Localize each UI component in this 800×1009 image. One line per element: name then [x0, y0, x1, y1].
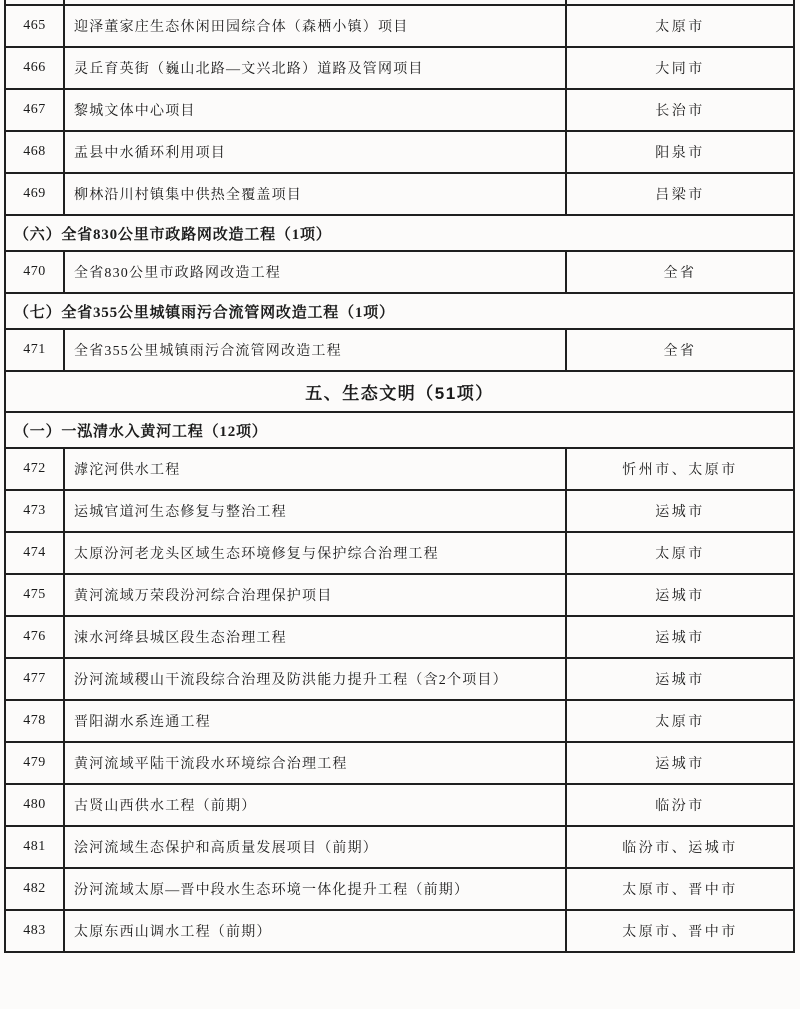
- project-table-body: 465迎泽董家庄生态休闲田园综合体（森栖小镇）项目太原市466灵丘育英街（巍山北…: [5, 0, 794, 952]
- table-row: 469柳林沿川村镇集中供热全覆盖项目吕梁市: [5, 173, 794, 215]
- table-row: 478晋阳湖水系连通工程太原市: [5, 700, 794, 742]
- row-number: 473: [5, 490, 64, 532]
- table-row: 481浍河流域生态保护和高质量发展项目（前期）临汾市、运城市: [5, 826, 794, 868]
- row-number: 476: [5, 616, 64, 658]
- project-name: 晋阳湖水系连通工程: [64, 700, 566, 742]
- project-name: 涑水河绛县城区段生态治理工程: [64, 616, 566, 658]
- table-row: 466灵丘育英街（巍山北路—文兴北路）道路及管网项目大同市: [5, 47, 794, 89]
- responsible-city: 太原市: [566, 700, 794, 742]
- row-number: 478: [5, 700, 64, 742]
- responsible-city: 太原市、晋中市: [566, 910, 794, 952]
- row-number: 477: [5, 658, 64, 700]
- table-row: 483太原东西山调水工程（前期）太原市、晋中市: [5, 910, 794, 952]
- project-name: 太原汾河老龙头区域生态环境修复与保护综合治理工程: [64, 532, 566, 574]
- section-row: （一）一泓清水入黄河工程（12项）: [5, 412, 794, 448]
- project-name: 浍河流域生态保护和高质量发展项目（前期）: [64, 826, 566, 868]
- row-number: 465: [5, 5, 64, 47]
- project-name: 黄河流域万荣段汾河综合治理保护项目: [64, 574, 566, 616]
- row-number: 469: [5, 173, 64, 215]
- responsible-city: 大同市: [566, 47, 794, 89]
- row-number: 472: [5, 448, 64, 490]
- responsible-city: 运城市: [566, 658, 794, 700]
- row-number: 467: [5, 89, 64, 131]
- document-page: 465迎泽董家庄生态休闲田园综合体（森栖小镇）项目太原市466灵丘育英街（巍山北…: [0, 0, 800, 1009]
- section-header: （六）全省830公里市政路网改造工程（1项）: [5, 215, 794, 251]
- project-name: 黎城文体中心项目: [64, 89, 566, 131]
- table-row: 477汾河流域稷山干流段综合治理及防洪能力提升工程（含2个项目）运城市: [5, 658, 794, 700]
- project-name: 古贤山西供水工程（前期）: [64, 784, 566, 826]
- responsible-city: 全省: [566, 329, 794, 371]
- table-row: 471全省355公里城镇雨污合流管网改造工程全省: [5, 329, 794, 371]
- responsible-city: 临汾市: [566, 784, 794, 826]
- project-name: 运城官道河生态修复与整治工程: [64, 490, 566, 532]
- responsible-city: 运城市: [566, 574, 794, 616]
- responsible-city: 运城市: [566, 742, 794, 784]
- row-number: 479: [5, 742, 64, 784]
- responsible-city: 忻州市、太原市: [566, 448, 794, 490]
- table-row: 476涑水河绛县城区段生态治理工程运城市: [5, 616, 794, 658]
- row-number: 474: [5, 532, 64, 574]
- project-name: 全省830公里市政路网改造工程: [64, 251, 566, 293]
- responsible-city: 运城市: [566, 490, 794, 532]
- table-row: 482汾河流域太原—晋中段水生态环境一体化提升工程（前期）太原市、晋中市: [5, 868, 794, 910]
- row-number: 471: [5, 329, 64, 371]
- section-header: （七）全省355公里城镇雨污合流管网改造工程（1项）: [5, 293, 794, 329]
- table-row: 465迎泽董家庄生态休闲田园综合体（森栖小镇）项目太原市: [5, 5, 794, 47]
- project-name: 滹沱河供水工程: [64, 448, 566, 490]
- project-name: 汾河流域稷山干流段综合治理及防洪能力提升工程（含2个项目）: [64, 658, 566, 700]
- row-number: 470: [5, 251, 64, 293]
- row-number: 468: [5, 131, 64, 173]
- responsible-city: 临汾市、运城市: [566, 826, 794, 868]
- chapter-row: 五、生态文明（51项）: [5, 371, 794, 412]
- table-row: 479黄河流域平陆干流段水环境综合治理工程运城市: [5, 742, 794, 784]
- row-number: 482: [5, 868, 64, 910]
- row-number: 481: [5, 826, 64, 868]
- responsible-city: 太原市: [566, 532, 794, 574]
- row-number: 466: [5, 47, 64, 89]
- responsible-city: 全省: [566, 251, 794, 293]
- table-row: 468盂县中水循环利用项目阳泉市: [5, 131, 794, 173]
- project-name: 全省355公里城镇雨污合流管网改造工程: [64, 329, 566, 371]
- table-row: 467黎城文体中心项目长治市: [5, 89, 794, 131]
- chapter-header: 五、生态文明（51项）: [5, 371, 794, 412]
- table-row: 470全省830公里市政路网改造工程全省: [5, 251, 794, 293]
- project-name: 太原东西山调水工程（前期）: [64, 910, 566, 952]
- row-number: 483: [5, 910, 64, 952]
- responsible-city: 太原市: [566, 5, 794, 47]
- responsible-city: 阳泉市: [566, 131, 794, 173]
- project-name: 汾河流域太原—晋中段水生态环境一体化提升工程（前期）: [64, 868, 566, 910]
- project-name: 柳林沿川村镇集中供热全覆盖项目: [64, 173, 566, 215]
- table-row: 472滹沱河供水工程忻州市、太原市: [5, 448, 794, 490]
- section-row: （六）全省830公里市政路网改造工程（1项）: [5, 215, 794, 251]
- project-table: 465迎泽董家庄生态休闲田园综合体（森栖小镇）项目太原市466灵丘育英街（巍山北…: [4, 0, 795, 953]
- project-name: 盂县中水循环利用项目: [64, 131, 566, 173]
- section-header: （一）一泓清水入黄河工程（12项）: [5, 412, 794, 448]
- responsible-city: 太原市、晋中市: [566, 868, 794, 910]
- project-name: 黄河流域平陆干流段水环境综合治理工程: [64, 742, 566, 784]
- responsible-city: 运城市: [566, 616, 794, 658]
- section-row: （七）全省355公里城镇雨污合流管网改造工程（1项）: [5, 293, 794, 329]
- row-number: 480: [5, 784, 64, 826]
- project-name: 迎泽董家庄生态休闲田园综合体（森栖小镇）项目: [64, 5, 566, 47]
- table-row: 475黄河流域万荣段汾河综合治理保护项目运城市: [5, 574, 794, 616]
- table-row: 474太原汾河老龙头区域生态环境修复与保护综合治理工程太原市: [5, 532, 794, 574]
- project-name: 灵丘育英街（巍山北路—文兴北路）道路及管网项目: [64, 47, 566, 89]
- table-row: 473运城官道河生态修复与整治工程运城市: [5, 490, 794, 532]
- table-row: 480古贤山西供水工程（前期）临汾市: [5, 784, 794, 826]
- responsible-city: 吕梁市: [566, 173, 794, 215]
- row-number: 475: [5, 574, 64, 616]
- responsible-city: 长治市: [566, 89, 794, 131]
